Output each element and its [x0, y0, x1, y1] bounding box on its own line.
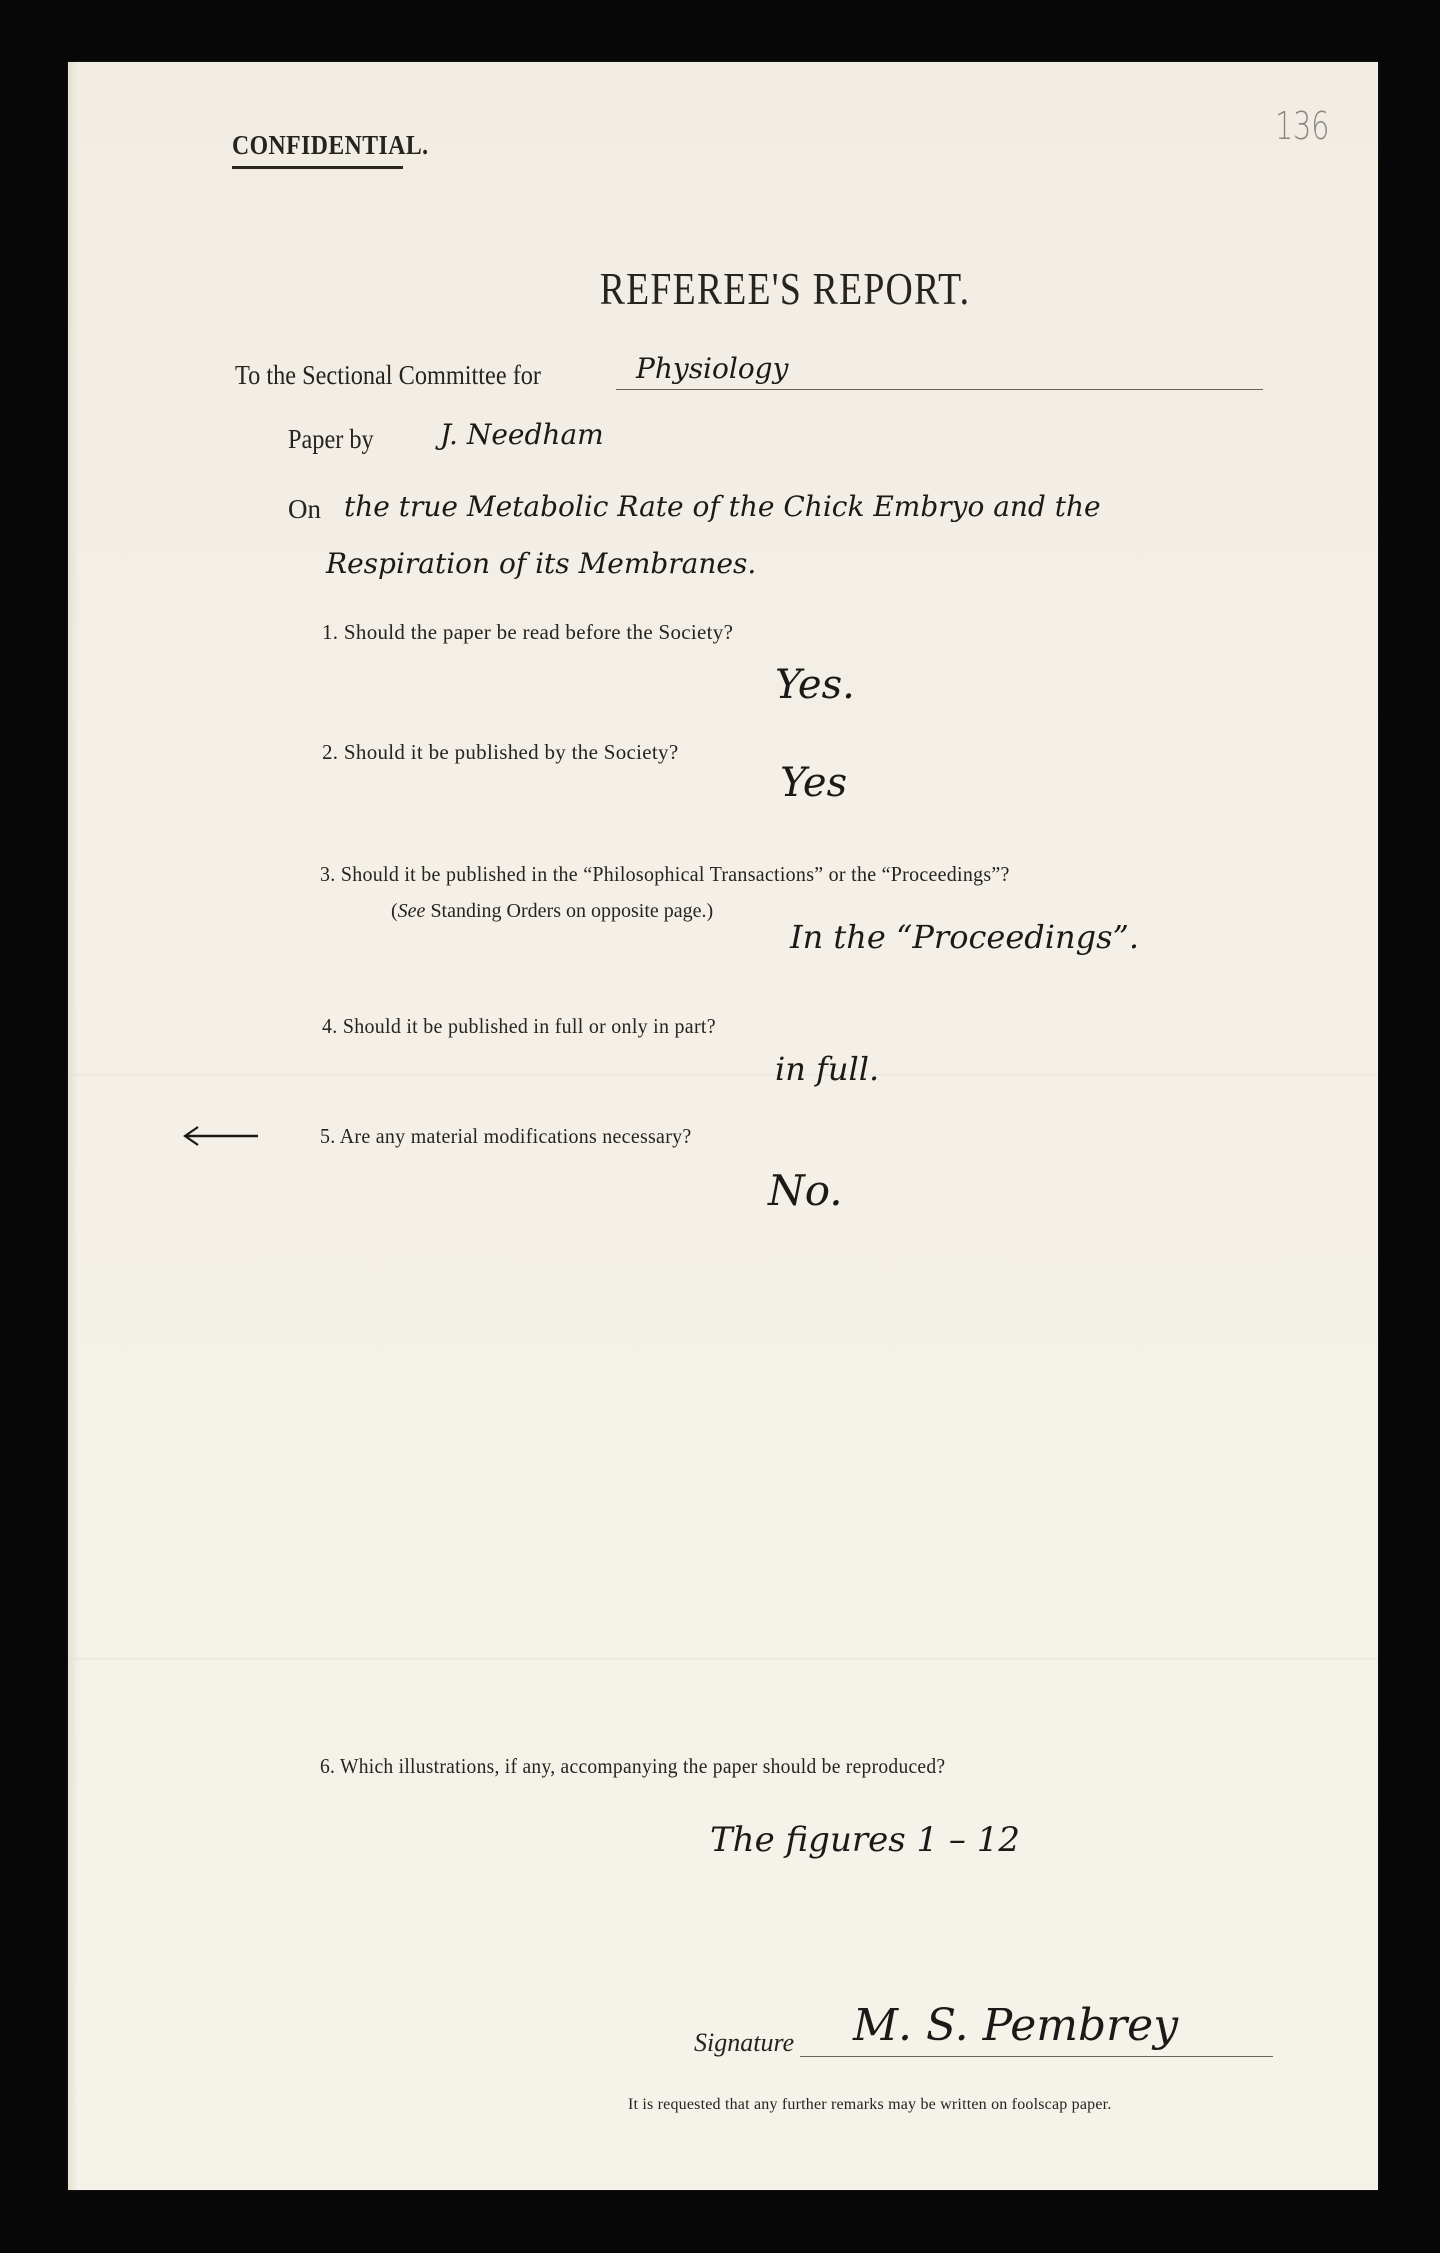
committee-field-line [616, 389, 1263, 390]
page-title: REFEREE'S REPORT. [535, 262, 1035, 315]
paper-by-label: Paper by [288, 424, 374, 455]
question-text: Should it be published by the Society? [344, 740, 679, 764]
question-text: Should it be published in full or only i… [343, 1014, 716, 1038]
answer-4[interactable]: in full. [775, 1050, 879, 1088]
paren-open: ( [391, 900, 398, 922]
answer-2[interactable]: Yes [780, 760, 847, 806]
signature-field[interactable]: M. S. Pembrey [853, 2000, 1178, 2051]
paper-by-field[interactable]: J. Needham [440, 418, 604, 451]
question-6: 6. Which illustrations, if any, accompan… [320, 1754, 945, 1779]
see-italic: See [398, 900, 426, 922]
answer-6[interactable]: The figures 1 – 12 [710, 1820, 1020, 1860]
question-4: 4. Should it be published in full or onl… [322, 1014, 716, 1039]
referee-report-sheet: 136 CONFIDENTIAL. REFEREE'S REPORT. To t… [68, 62, 1378, 2190]
paper-title-label: On [288, 494, 321, 525]
fold-crease [68, 1074, 1378, 1076]
question-text: Which illustrations, if any, accompanyin… [340, 1754, 945, 1778]
question-number: 4. [322, 1014, 338, 1038]
signature-line [800, 2056, 1273, 2057]
question-number: 5. [320, 1124, 336, 1148]
answer-3[interactable]: In the “Proceedings”. [790, 918, 1139, 956]
question-text: Are any material modifications necessary… [340, 1124, 692, 1148]
answer-5[interactable]: No. [768, 1166, 843, 1215]
question-3-note: (See Standing Orders on opposite page.) [391, 900, 713, 923]
fold-crease [68, 1658, 1378, 1660]
footer-note: It is requested that any further remarks… [628, 2096, 1112, 2114]
paper-title-field-line2[interactable]: Respiration of its Membranes. [326, 547, 756, 580]
question-2: 2. Should it be published by the Society… [322, 740, 678, 765]
question-number: 1. [322, 620, 338, 644]
question-1: 1. Should the paper be read before the S… [322, 620, 733, 645]
question-text: Should it be published in the “Philosoph… [341, 862, 1010, 886]
question-text: Should the paper be read before the Soci… [344, 620, 733, 644]
question-5: 5. Are any material modifications necess… [320, 1124, 692, 1149]
committee-field[interactable]: Physiology [636, 352, 788, 385]
question-3: 3. Should it be published in the “Philos… [320, 862, 1010, 887]
question-number: 6. [320, 1754, 335, 1778]
question-number: 3. [320, 862, 336, 886]
confidential-label: CONFIDENTIAL. [232, 130, 428, 161]
confidential-underline [232, 166, 403, 169]
note-text: Standing Orders on opposite page.) [425, 900, 713, 922]
left-arrow-icon [180, 1124, 260, 1148]
question-number: 2. [322, 740, 338, 764]
committee-label: To the Sectional Committee for [235, 360, 541, 391]
paper-title-field-line1[interactable]: the true Metabolic Rate of the Chick Emb… [344, 490, 1101, 523]
answer-1[interactable]: Yes. [775, 662, 855, 708]
signature-label: Signature [694, 2028, 794, 2058]
page-number: 136 [1275, 104, 1329, 148]
